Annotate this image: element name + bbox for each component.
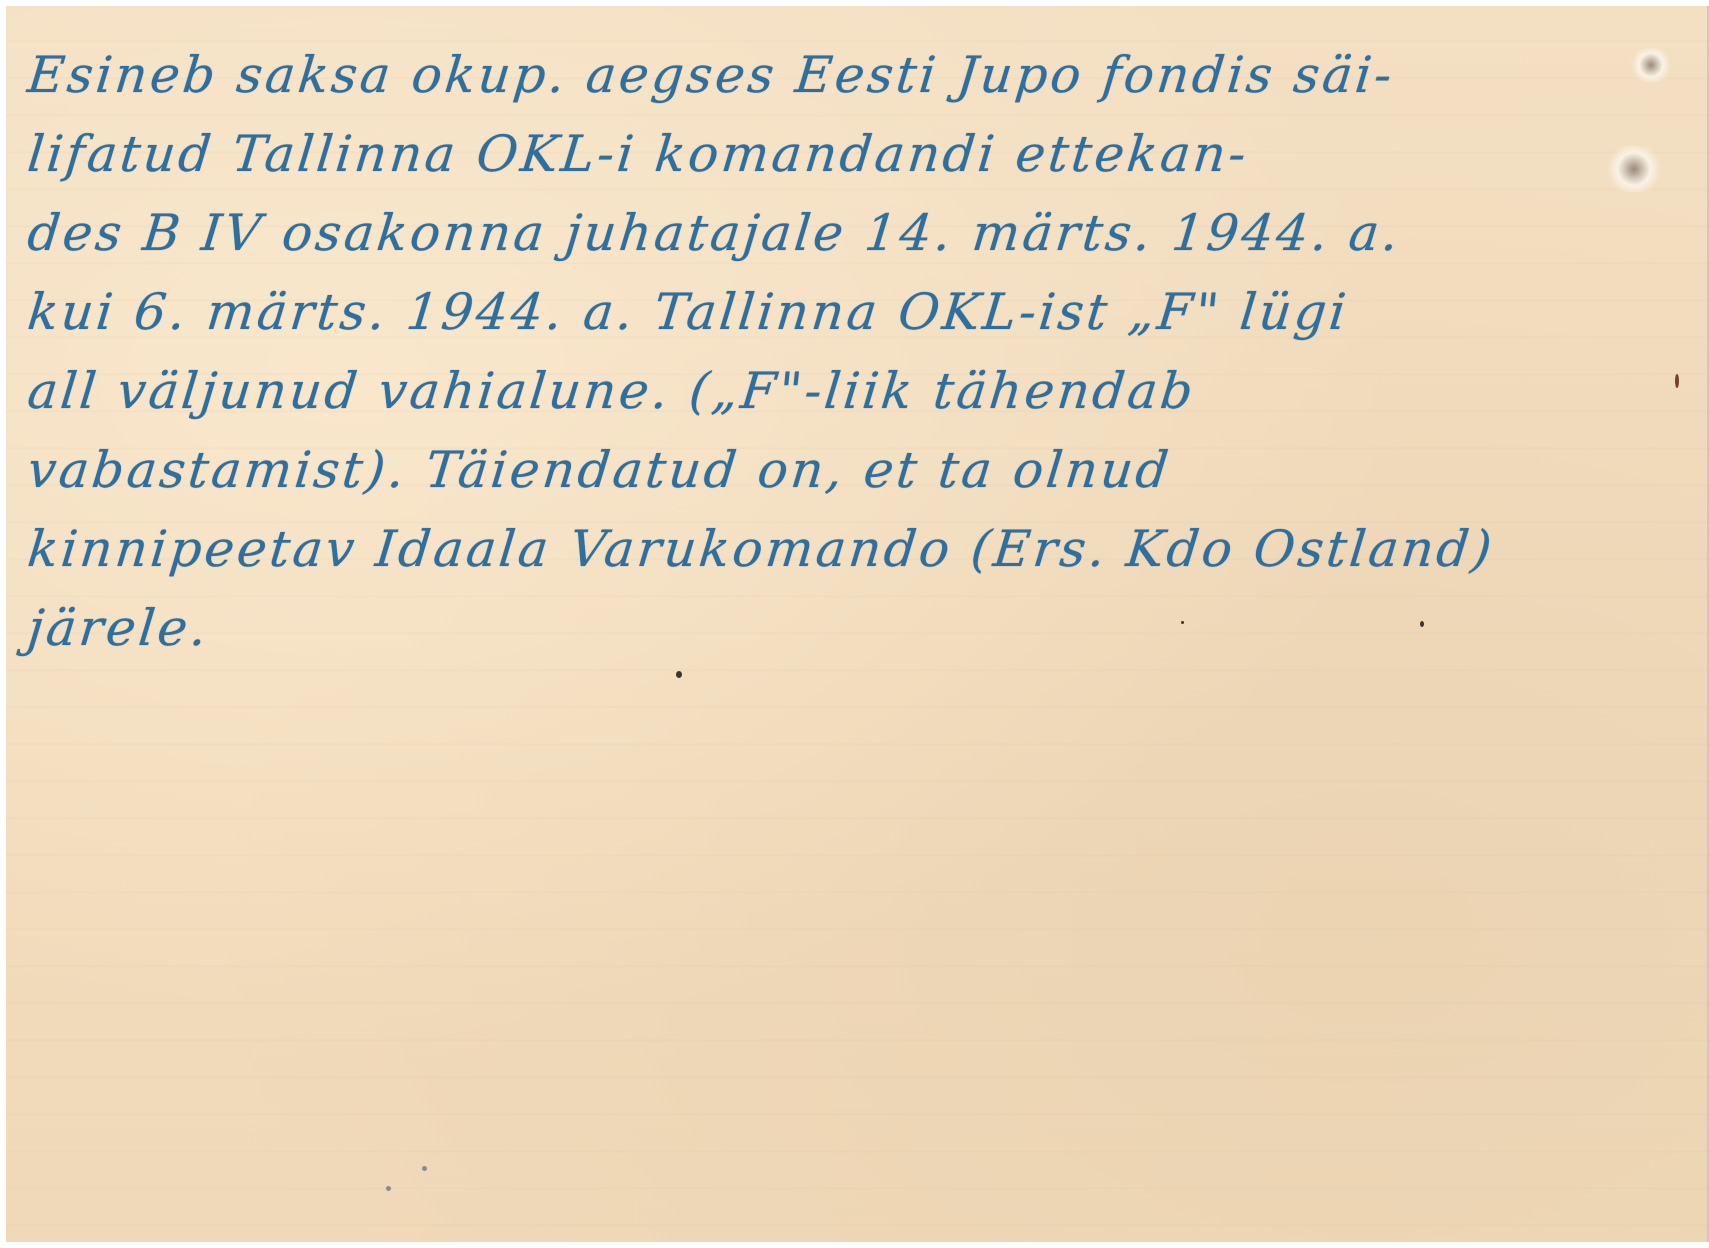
text-line-5: all väljunud vahialune. („F"-liik tähend… <box>24 352 1692 431</box>
text-line-7: kinnipeetav Idaala Varukomando (Ers. Kdo… <box>24 510 1692 589</box>
ink-speck <box>422 1166 427 1171</box>
ink-speck <box>386 1186 391 1191</box>
handwritten-text: Esineb saksa okup. aegses Eesti Jupo fon… <box>28 36 1688 668</box>
text-line-8: järele. <box>24 589 1692 668</box>
text-line-3: des B IV osakonna juhatajale 14. märts. … <box>24 194 1692 273</box>
text-line-2: lifatud Tallinna OKL-i komandandi etteka… <box>24 115 1692 194</box>
text-line-1: Esineb saksa okup. aegses Eesti Jupo fon… <box>24 36 1692 115</box>
ink-speck <box>676 671 682 678</box>
archival-card: Esineb saksa okup. aegses Eesti Jupo fon… <box>6 6 1709 1242</box>
text-line-4: kui 6. märts. 1944. a. Tallinna OKL-ist … <box>24 273 1692 352</box>
text-line-6: vabastamist). Täiendatud on, et ta olnud <box>24 431 1692 510</box>
